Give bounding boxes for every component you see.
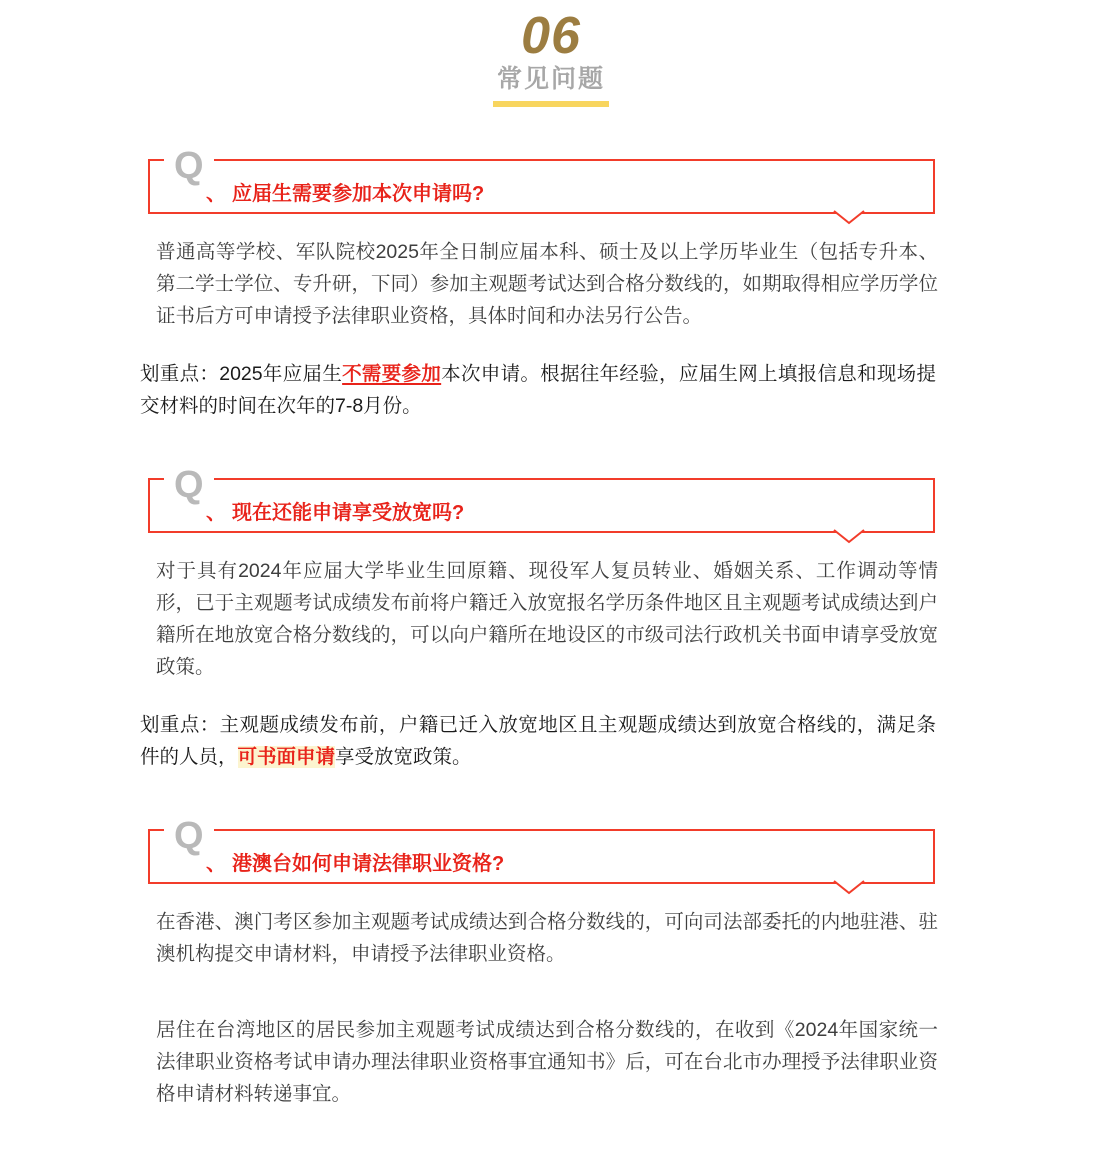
bullet-icon: 、 bbox=[206, 502, 226, 524]
notch-pointer-icon bbox=[833, 210, 865, 225]
page-title: 常见问题 bbox=[0, 64, 1102, 94]
answer-paragraph: 居住在台湾地区的居民参加主观题考试成绩达到合格分数线的，在收到《2024年国家统… bbox=[156, 1014, 938, 1110]
question-text: 现在还能申请享受放宽吗? bbox=[232, 502, 464, 524]
q-icon: Q bbox=[164, 147, 214, 185]
faq-item-3: Q 、港澳台如何申请法律职业资格? 在香港、澳门考区参加主观题考试成绩达到合格分… bbox=[0, 829, 1102, 1110]
bullet-icon: 、 bbox=[206, 183, 226, 205]
q-icon: Q bbox=[164, 466, 214, 504]
section-number: 06 bbox=[0, 10, 1102, 62]
keypoint-highlight: 可书面申请 bbox=[238, 746, 336, 768]
notch-pointer-icon bbox=[833, 880, 865, 895]
keypoint-prefix: 划重点：2025年应届生 bbox=[140, 363, 342, 385]
question-card-1: Q 、应届生需要参加本次申请吗? bbox=[148, 159, 935, 214]
notch-pointer-icon bbox=[833, 529, 865, 544]
answer-paragraph: 普通高等学校、军队院校2025年全日制应届本科、硕士及以上学历毕业生（包括专升本… bbox=[156, 236, 938, 332]
faq-item-1: Q 、应届生需要参加本次申请吗? 普通高等学校、军队院校2025年全日制应届本科… bbox=[0, 159, 1102, 422]
title-underline bbox=[493, 101, 609, 107]
answer-paragraph: 在香港、澳门考区参加主观题考试成绩达到合格分数线的，可向司法部委托的内地驻港、驻… bbox=[156, 906, 938, 970]
question-card-2: Q 、现在还能申请享受放宽吗? bbox=[148, 478, 935, 533]
keypoint-suffix: 享受放宽政策。 bbox=[335, 746, 472, 768]
question-card-3: Q 、港澳台如何申请法律职业资格? bbox=[148, 829, 935, 884]
faq-page: 06 常见问题 Q 、应届生需要参加本次申请吗? 普通高等学校、军队院校2025… bbox=[0, 0, 1102, 1110]
bullet-icon: 、 bbox=[206, 853, 226, 875]
keypoint-paragraph: 划重点：2025年应届生不需要参加本次申请。根据往年经验，应届生网上填报信息和现… bbox=[140, 358, 936, 422]
q-icon: Q bbox=[164, 817, 214, 855]
question-row: 、应届生需要参加本次申请吗? bbox=[150, 161, 933, 206]
faq-item-2: Q 、现在还能申请享受放宽吗? 对于具有2024年应届大学毕业生回原籍、现役军人… bbox=[0, 478, 1102, 773]
question-row: 、港澳台如何申请法律职业资格? bbox=[150, 831, 933, 876]
keypoint-highlight: 不需要参加 bbox=[342, 363, 441, 385]
question-text: 应届生需要参加本次申请吗? bbox=[232, 183, 484, 205]
question-row: 、现在还能申请享受放宽吗? bbox=[150, 480, 933, 525]
answer-paragraph: 对于具有2024年应届大学毕业生回原籍、现役军人复员转业、婚姻关系、工作调动等情… bbox=[156, 555, 938, 683]
section-header: 06 常见问题 bbox=[0, 0, 1102, 107]
question-text: 港澳台如何申请法律职业资格? bbox=[232, 853, 504, 875]
keypoint-paragraph: 划重点：主观题成绩发布前，户籍已迁入放宽地区且主观题成绩达到放宽合格线的，满足条… bbox=[140, 709, 936, 773]
